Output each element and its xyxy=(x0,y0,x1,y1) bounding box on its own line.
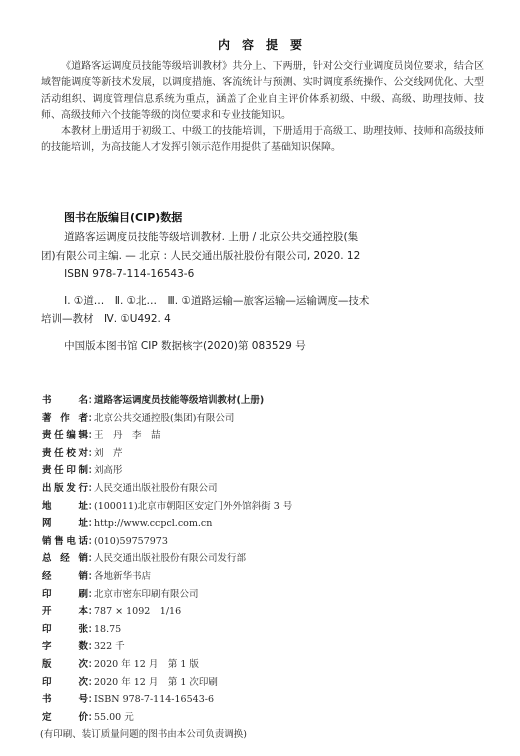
colophon-rows: 书名：道路客运调度员技能等级培训教材(上册)著作者：北京公共交通控股(集团)有限… xyxy=(42,392,402,726)
summary-body: 《道路客运调度员技能等级培训教材》共分上、下两册，针对公交行业调度员岗位要求，结… xyxy=(41,59,484,157)
colophon-value: 各地新华书店 xyxy=(94,568,151,586)
colophon-label-char: 址 xyxy=(78,515,88,533)
colophon-label: 印刷 xyxy=(42,586,88,604)
colophon-label-char: 地 xyxy=(42,498,52,516)
colophon-label-char: 出 xyxy=(42,480,52,498)
colophon-label-char: 印 xyxy=(42,674,52,692)
colophon-label-char: 版 xyxy=(54,480,64,498)
colophon-label: 总经销 xyxy=(42,550,88,568)
colophon-label-char: 价 xyxy=(78,709,88,727)
colophon-label-char: 字 xyxy=(42,638,52,656)
colophon-label-char: 任 xyxy=(54,462,64,480)
cip-record-number: 中国版本图书馆 CIP 数据核字(2020)第 083529 号 xyxy=(41,337,371,356)
colophon-label-char: 印 xyxy=(66,462,76,480)
colophon-label-char: 制 xyxy=(78,462,88,480)
colophon-label-char: 著 xyxy=(42,410,52,428)
colophon-label: 责任校对 xyxy=(42,445,88,463)
colophon-label-char: 名 xyxy=(78,392,88,410)
colophon-value: (100011)北京市朝阳区安定门外外馆斜街 3 号 xyxy=(94,498,292,516)
colophon-value: 55.00 元 xyxy=(94,709,134,727)
cip-citation: 道路客运调度员技能等级培训教材. 上册 / 北京公共交通控股(集团)有限公司主编… xyxy=(41,228,371,265)
colophon-label-char: 话 xyxy=(78,533,88,551)
colophon-row: 定价：55.00 元 xyxy=(42,709,402,727)
colophon-label: 印次 xyxy=(42,674,88,692)
colophon-label: 地址 xyxy=(42,498,88,516)
colophon-label-char: 编 xyxy=(66,427,76,445)
colophon-label-char: 网 xyxy=(42,515,52,533)
colophon-row: 印张：18.75 xyxy=(42,621,402,639)
colophon-label-char: 印 xyxy=(42,586,52,604)
colophon-label-char: 电 xyxy=(66,533,76,551)
colophon-row: 印刷：北京市密东印刷有限公司 xyxy=(42,586,402,604)
colophon-label-char: 责 xyxy=(42,427,52,445)
colophon-row: 著作者：北京公共交通控股(集团)有限公司 xyxy=(42,410,402,428)
colophon-label-char: 任 xyxy=(54,427,64,445)
colophon-label: 责任编辑 xyxy=(42,427,88,445)
colophon-value: 2020 年 12 月 第 1 次印刷 xyxy=(94,674,218,692)
colophon-row: 责任编辑：王 丹 李 喆 xyxy=(42,427,402,445)
colophon-label: 印张 xyxy=(42,621,88,639)
cip-subjects: Ⅰ. ①道… Ⅱ. ①北… Ⅲ. ①道路运输—旅客运输—运输调度—技术培训—教材… xyxy=(41,292,371,329)
colophon-value: ISBN 978-7-114-16543-6 xyxy=(94,691,214,709)
summary-title: 内容提要 xyxy=(0,36,520,53)
colophon-label: 书名 xyxy=(42,392,88,410)
colophon-label-char: 经 xyxy=(42,568,52,586)
colophon-label-char: 次 xyxy=(78,656,88,674)
colophon-label-char: 校 xyxy=(66,445,76,463)
cip-isbn: ISBN 978-7-114-16543-6 xyxy=(41,265,371,284)
colophon-label-char: 定 xyxy=(42,709,52,727)
colophon-row: 字数：322 千 xyxy=(42,638,402,656)
colophon-row: 书名：道路客运调度员技能等级培训教材(上册) xyxy=(42,392,402,410)
colophon-label: 书号 xyxy=(42,691,88,709)
copyright-page: 内容提要 《道路客运调度员技能等级培训教材》共分上、下两册，针对公交行业调度员岗… xyxy=(0,0,520,756)
colophon-row: 出版发行：人民交通出版社股份有限公司 xyxy=(42,480,402,498)
quality-note: (有印刷、装订质量问题的图书由本公司负责调换) xyxy=(40,726,402,744)
colophon-value: 刘 芹 xyxy=(94,445,123,463)
colophon-value: 刘高彤 xyxy=(94,462,123,480)
colophon-label-char: 址 xyxy=(78,498,88,516)
colophon-label-char: 任 xyxy=(54,445,64,463)
colophon-label: 开本 xyxy=(42,603,88,621)
colophon-label-char: 本 xyxy=(78,603,88,621)
colophon-label-char: 销 xyxy=(78,568,88,586)
colophon-label-char: 张 xyxy=(78,621,88,639)
colophon-label-char: 者 xyxy=(78,410,88,428)
colophon-label-char: 责 xyxy=(42,462,52,480)
colophon-label: 网址 xyxy=(42,515,88,533)
colophon-label-char: 刷 xyxy=(78,586,88,604)
colophon-row: 版次：2020 年 12 月 第 1 版 xyxy=(42,656,402,674)
colophon-row: 开本：787 × 1092 1/16 xyxy=(42,603,402,621)
colophon-label-char: 书 xyxy=(42,392,52,410)
colophon-value: 北京市密东印刷有限公司 xyxy=(94,586,199,604)
colophon-row: 印次：2020 年 12 月 第 1 次印刷 xyxy=(42,674,402,692)
colophon-label: 定价 xyxy=(42,709,88,727)
colophon-label-char: 售 xyxy=(54,533,64,551)
colophon-label-char: 责 xyxy=(42,445,52,463)
colophon-value: 北京公共交通控股(集团)有限公司 xyxy=(94,410,234,428)
colophon-row: 网址：http://www.ccpcl.com.cn xyxy=(42,515,402,533)
colophon-row: 总经销：人民交通出版社股份有限公司发行部 xyxy=(42,550,402,568)
colophon-label-char: 辑 xyxy=(78,427,88,445)
colophon-row: 地址：(100011)北京市朝阳区安定门外外馆斜街 3 号 xyxy=(42,498,402,516)
colophon-value: (010)59757973 xyxy=(94,533,168,551)
colophon-label-char: 销 xyxy=(42,533,52,551)
colophon-label-char: 行 xyxy=(78,480,88,498)
cip-data-block: 道路客运调度员技能等级培训教材. 上册 / 北京公共交通控股(集团)有限公司主编… xyxy=(41,228,371,355)
colophon-label: 版次 xyxy=(42,656,88,674)
colophon-label: 销售电话 xyxy=(42,533,88,551)
colophon-label: 经销 xyxy=(42,568,88,586)
colophon-value: 人民交通出版社股份有限公司 xyxy=(94,480,218,498)
colophon-row: 责任校对：刘 芹 xyxy=(42,445,402,463)
colophon-label-char: 号 xyxy=(78,691,88,709)
summary-paragraph: 《道路客运调度员技能等级培训教材》共分上、下两册，针对公交行业调度员岗位要求，结… xyxy=(41,59,484,124)
colophon-label-char: 印 xyxy=(42,621,52,639)
colophon-label: 字数 xyxy=(42,638,88,656)
colophon: 书名：道路客运调度员技能等级培训教材(上册)著作者：北京公共交通控股(集团)有限… xyxy=(42,392,402,744)
colophon-label: 出版发行 xyxy=(42,480,88,498)
colophon-label-char: 经 xyxy=(60,550,70,568)
colophon-row: 书号：ISBN 978-7-114-16543-6 xyxy=(42,691,402,709)
colophon-value: 道路客运调度员技能等级培训教材(上册) xyxy=(94,392,264,410)
colophon-value: 787 × 1092 1/16 xyxy=(94,603,181,621)
colophon-label-char: 总 xyxy=(42,550,52,568)
colophon-label-char: 作 xyxy=(60,410,70,428)
colophon-label: 责任印制 xyxy=(42,462,88,480)
colophon-label: 著作者 xyxy=(42,410,88,428)
colophon-label-char: 销 xyxy=(78,550,88,568)
colophon-row: 经销：各地新华书店 xyxy=(42,568,402,586)
colophon-label-char: 对 xyxy=(78,445,88,463)
colophon-value: 18.75 xyxy=(94,621,121,639)
colophon-label-char: 版 xyxy=(42,656,52,674)
colophon-value: 人民交通出版社股份有限公司发行部 xyxy=(94,550,246,568)
colophon-value: 322 千 xyxy=(94,638,125,656)
colophon-label-char: 书 xyxy=(42,691,52,709)
colophon-label-char: 数 xyxy=(78,638,88,656)
colophon-label-char: 开 xyxy=(42,603,52,621)
colophon-row: 销售电话：(010)59757973 xyxy=(42,533,402,551)
colophon-row: 责任印制：刘高彤 xyxy=(42,462,402,480)
colophon-value: http://www.ccpcl.com.cn xyxy=(94,515,212,533)
colophon-value: 2020 年 12 月 第 1 版 xyxy=(94,656,199,674)
cip-heading: 图书在版编目(CIP)数据 xyxy=(64,209,182,225)
colophon-value: 王 丹 李 喆 xyxy=(94,427,161,445)
colophon-label-char: 次 xyxy=(78,674,88,692)
summary-paragraph: 本教材上册适用于初级工、中级工的技能培训，下册适用于高级工、助理技师、技师和高级… xyxy=(41,124,484,157)
colophon-label-char: 发 xyxy=(66,480,76,498)
